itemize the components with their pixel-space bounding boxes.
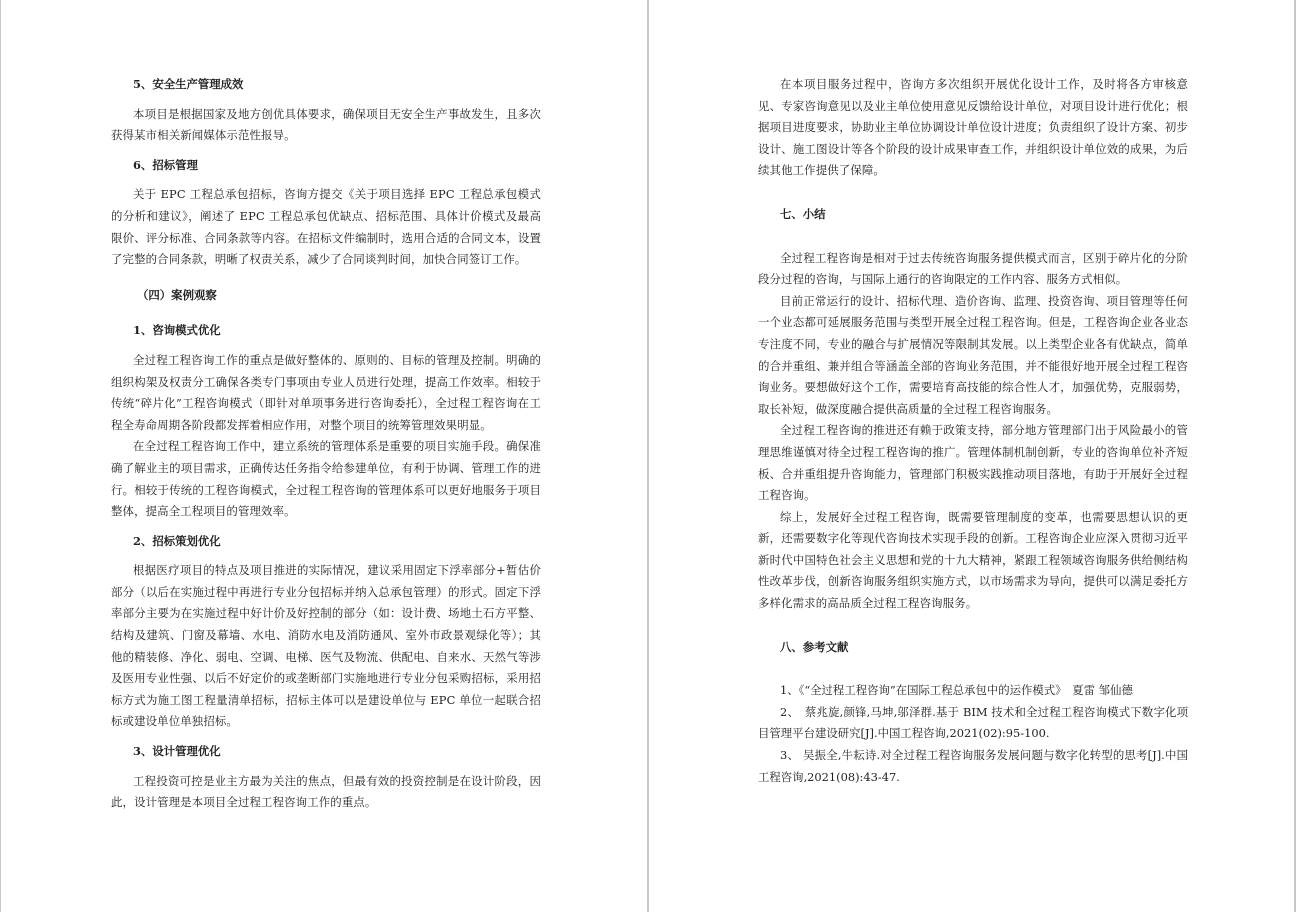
- paragraph: 综上，发展好全过程工程咨询，既需要管理制度的变革，也需要思想认识的更新，还需要数…: [758, 507, 1188, 615]
- reference-item: 2、 蔡兆旋,颜锋,马坤,邬泽群.基于 BIM 技术和全过程工程咨询模式下数字化…: [758, 702, 1188, 745]
- reference-item: 1、《“全过程工程咨询”在国际工程总承包中的运作模式》 夏雷 邹仙德: [758, 680, 1188, 702]
- section-heading-consulting-mode: 1、咨询模式优化: [111, 320, 541, 342]
- paragraph: 本项目是根据国家及地方创优具体要求，确保项目无安全生产事故发生，且多次获得某市相…: [111, 104, 541, 147]
- paragraph: 根据医疗项目的特点及项目推进的实际情况，建议采用固定下浮率部分+暂估价部分（以后…: [111, 560, 541, 733]
- section-heading-design-management: 3、设计管理优化: [111, 741, 541, 763]
- page-content: 在本项目服务过程中，咨询方多次组织开展优化设计工作，及时将各方审核意见、专家咨询…: [758, 74, 1188, 788]
- paragraph: 目前正常运行的设计、招标代理、造价咨询、监理、投资咨询、项目管理等任何一个业态都…: [758, 291, 1188, 421]
- section-heading-references: 八、参考文献: [758, 637, 1188, 659]
- reference-item: 3、 吴振全,牛耘诗.对全过程工程咨询服务发展问题与数字化转型的思考[J].中国…: [758, 745, 1188, 788]
- paragraph: 在本项目服务过程中，咨询方多次组织开展优化设计工作，及时将各方审核意见、专家咨询…: [758, 74, 1188, 182]
- section-heading-safety: 5、安全生产管理成效: [111, 74, 541, 96]
- document-page-right: 在本项目服务过程中，咨询方多次组织开展优化设计工作，及时将各方审核意见、专家咨询…: [649, 0, 1294, 912]
- document-page-left: 5、安全生产管理成效 本项目是根据国家及地方创优具体要求，确保项目无安全生产事故…: [1, 0, 647, 912]
- paragraph: 全过程工程咨询是相对于过去传统咨询服务提供模式而言，区别于碎片化的分阶段分过程的…: [758, 248, 1188, 291]
- section-heading-summary: 七、小结: [758, 204, 1188, 226]
- paragraph: 关于 EPC 工程总承包招标，咨询方提交《关于项目选择 EPC 工程总承包模式的…: [111, 184, 541, 270]
- paragraph: 在全过程工程咨询工作中，建立系统的管理体系是重要的项目实施手段。确保准确了解业主…: [111, 436, 541, 522]
- section-heading-case-study: （四）案例观察: [111, 285, 541, 307]
- page-content: 5、安全生产管理成效 本项目是根据国家及地方创优具体要求，确保项目无安全生产事故…: [111, 74, 541, 814]
- section-heading-bidding-plan: 2、招标策划优化: [111, 531, 541, 553]
- section-heading-bidding: 6、招标管理: [111, 155, 541, 177]
- paragraph: 全过程工程咨询工作的重点是做好整体的、原则的、目标的管理及控制。明确的组织构架及…: [111, 350, 541, 436]
- paragraph: 全过程工程咨询的推进还有赖于政策支持，部分地方管理部门出于风险最小的管理思维谨慎…: [758, 420, 1188, 506]
- paragraph: 工程投资可控是业主方最为关注的焦点，但最有效的投资控制是在设计阶段，因此，设计管…: [111, 771, 541, 814]
